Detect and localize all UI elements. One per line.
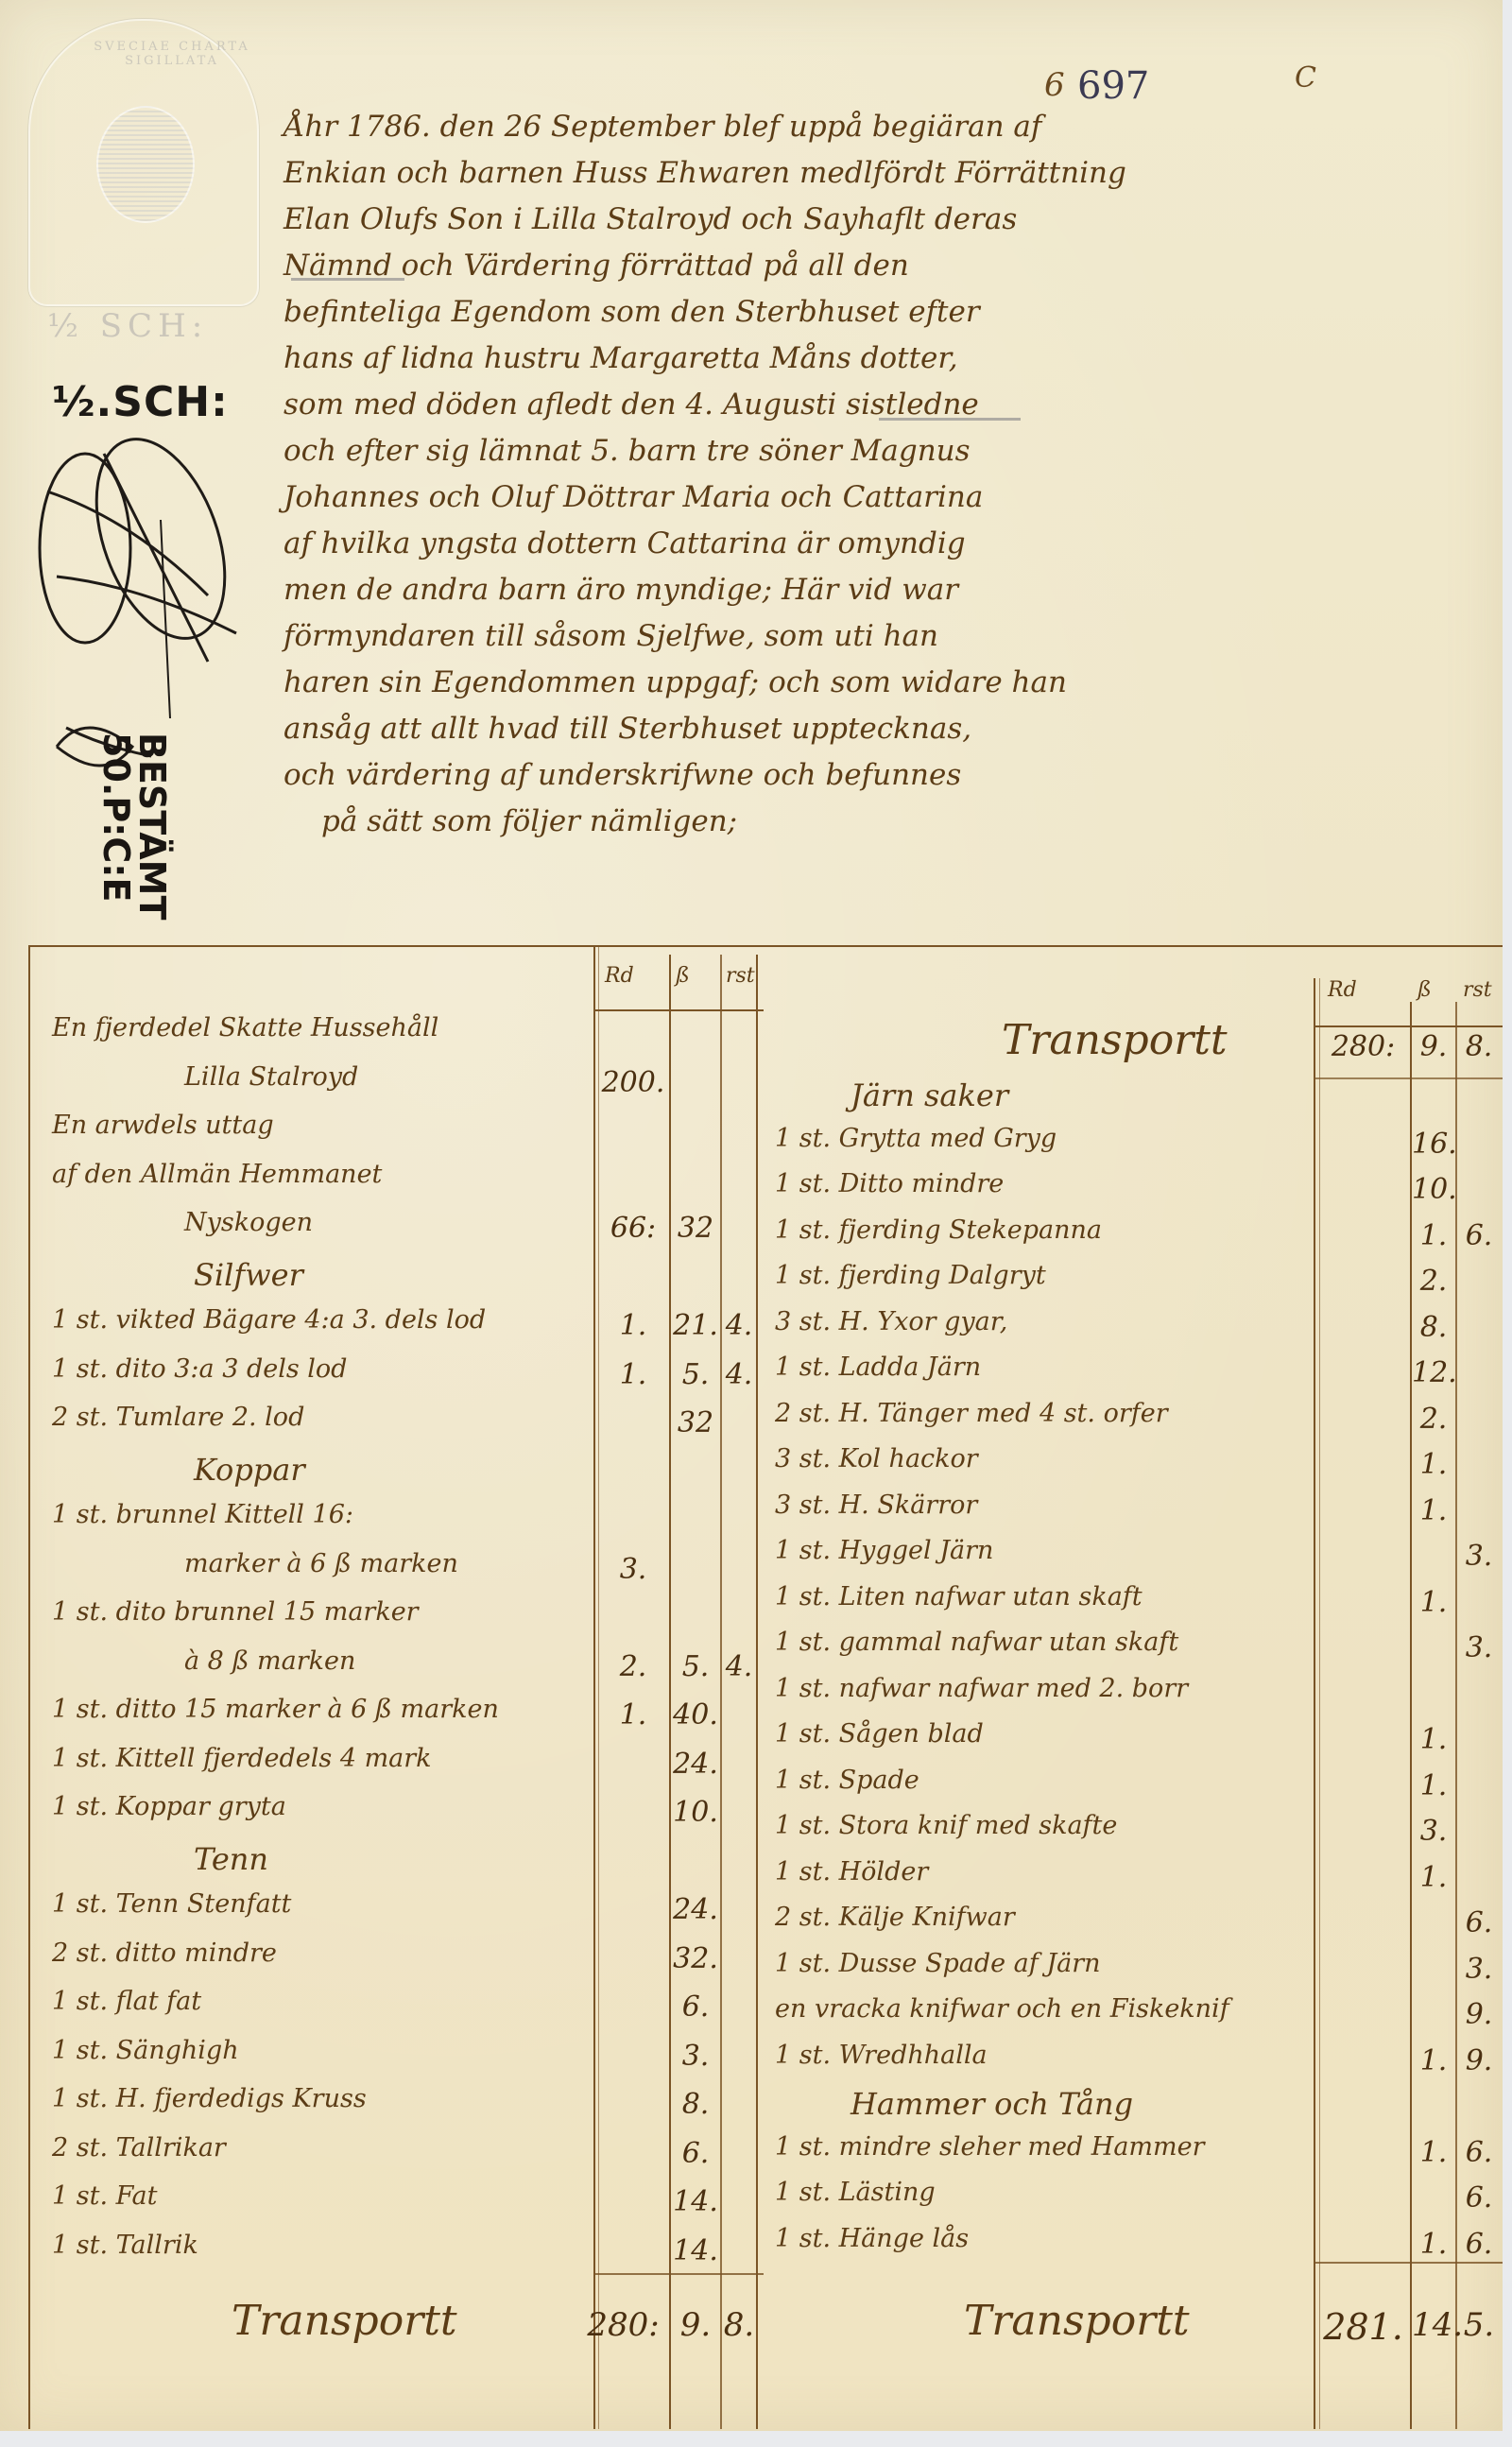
item-description: 1 st. Spade bbox=[775, 1766, 919, 1795]
amount-rst: 9. bbox=[1457, 1998, 1501, 2031]
narrative-line: som med döden afledt den 4. Augusti sist… bbox=[283, 382, 1493, 428]
item-description: 2 st. Kälje Knifwar bbox=[775, 1903, 1015, 1932]
table-row: 1 st. gammal nafwar utan skaft3. bbox=[0, 1628, 1512, 1671]
amount-sk: 1. bbox=[1412, 2136, 1455, 2169]
page-mark: C bbox=[1295, 61, 1316, 95]
item-description: 1 st. Ditto mindre bbox=[775, 1169, 1004, 1198]
amount-sk: 1. bbox=[1412, 1769, 1455, 1802]
header-rule bbox=[593, 1009, 764, 1011]
amount-rst: 3. bbox=[1457, 1631, 1501, 1664]
amount-rst: 9. bbox=[1457, 2044, 1501, 2077]
narrative-text: Åhr 1786. den 26 September blef uppå beg… bbox=[283, 104, 1493, 845]
item-description: en vracka knifwar och en Fiskeknif bbox=[775, 1994, 1229, 2024]
amount-sk: 1. bbox=[1412, 1219, 1455, 1252]
narrative-line: Åhr 1786. den 26 September blef uppå beg… bbox=[283, 104, 1493, 150]
narrative-line: hans af lidna hustru Margaretta Måns dot… bbox=[283, 336, 1493, 382]
transport-left-rst: 8. bbox=[720, 2306, 758, 2344]
page-number: 697 bbox=[1077, 64, 1149, 108]
transport-carried-label: Transportt bbox=[1002, 1016, 1228, 1064]
table-row: 1 st. Hänge lås1.6. bbox=[0, 2224, 1512, 2267]
amount-rst: 6. bbox=[1457, 1906, 1501, 1939]
name-underline bbox=[879, 418, 1021, 421]
table-row: 1 st. Spade1. bbox=[0, 1766, 1512, 1809]
document-page: SVECIAE CHARTA SIGILLATA ½ SCH: ½.SCH: B… bbox=[0, 0, 1503, 2431]
stamp-half-sch: ½.SCH: bbox=[52, 378, 229, 426]
amount-sk: 1. bbox=[1412, 1861, 1455, 1894]
name-underline bbox=[291, 278, 404, 281]
col-header-shilling: ß bbox=[1417, 978, 1432, 1002]
amount-sk: 16. bbox=[1412, 1128, 1455, 1161]
table-row: 2 st. H. Tänger med 4 st. orfer2. bbox=[0, 1399, 1512, 1442]
section-heading: Hammer och Tång bbox=[850, 2086, 1133, 2122]
amount-rst: 6. bbox=[1457, 2181, 1501, 2214]
bestamt-price-stamp: BESTÄMT 50.P:C:E bbox=[57, 732, 180, 1054]
col-header-shilling: ß bbox=[676, 964, 690, 988]
table-row: 1 st. Grytta med Gryg16. bbox=[0, 1124, 1512, 1167]
amount-rst: 6. bbox=[1457, 1219, 1501, 1252]
amount-sk: 1. bbox=[1412, 2044, 1455, 2077]
table-row: 1 st. Liten nafwar utan skaft1. bbox=[0, 1582, 1512, 1626]
item-description: 1 st. Grytta med Gryg bbox=[775, 1124, 1057, 1153]
amount-rst: 6. bbox=[1457, 2228, 1501, 2261]
narrative-line: Elan Olufs Son i Lilla Stalroyd och Sayh… bbox=[283, 197, 1493, 243]
narrative-line: haren sin Egendommen uppgaf; och som wid… bbox=[283, 660, 1493, 706]
signature-stamp-icon bbox=[19, 435, 265, 775]
amount-sk: 1. bbox=[1412, 1586, 1455, 1619]
narrative-line: af hvilka yngsta dottern Cattarina är om… bbox=[283, 521, 1493, 567]
transport-left-rd: 280: bbox=[578, 2306, 668, 2344]
item-description: 1 st. mindre sleher med Hammer bbox=[775, 2132, 1205, 2162]
table-row: 1 st. Hölder1. bbox=[0, 1857, 1512, 1901]
section-heading-row: Järn saker bbox=[0, 1077, 1512, 1121]
item-description: 1 st. fjerding Dalgryt bbox=[775, 1261, 1046, 1290]
transport-carried-sk: 9. bbox=[1412, 1030, 1455, 1063]
item-description: 3 st. H. Yxor gyar, bbox=[775, 1307, 1007, 1336]
amount-sk: 1. bbox=[1412, 1723, 1455, 1756]
col-header-riksdaler: Rd bbox=[1328, 978, 1357, 1002]
amount-sk: 8. bbox=[1412, 1311, 1455, 1344]
table-row: en vracka knifwar och en Fiskeknif9. bbox=[0, 1994, 1512, 2038]
narrative-line: Enkian och barnen Huss Ehwaren medlfördt… bbox=[283, 150, 1493, 197]
transport-left-label: Transportt bbox=[232, 2297, 457, 2345]
narrative-line: Johannes och Oluf Döttrar Maria och Catt… bbox=[283, 474, 1493, 521]
item-description: 3 st. Kol hackor bbox=[775, 1444, 978, 1473]
page-mark: 6 bbox=[1044, 66, 1065, 104]
amount-sk: 2. bbox=[1412, 1403, 1455, 1436]
table-row: 3 st. H. Skärror1. bbox=[0, 1491, 1512, 1534]
stamp-bestamt-text: BESTÄMT bbox=[134, 732, 170, 920]
table-row: 2 st. Kälje Knifwar6. bbox=[0, 1903, 1512, 1946]
table-row: 1 st. fjerding Dalgryt2. bbox=[0, 1261, 1512, 1304]
col-header-runstycken: rst bbox=[1463, 978, 1492, 1002]
table-row: 1 st. fjerding Stekepanna1.6. bbox=[0, 1215, 1512, 1259]
table-row: 1 st. Wredhhalla1.9. bbox=[0, 2041, 1512, 2084]
item-description: 2 st. H. Tänger med 4 st. orfer bbox=[775, 1399, 1168, 1428]
item-description: 3 st. H. Skärror bbox=[775, 1491, 977, 1520]
embossed-seal: SVECIAE CHARTA SIGILLATA bbox=[28, 19, 259, 306]
section-heading: Järn saker bbox=[850, 1077, 1008, 1113]
amount-sk: 2. bbox=[1412, 1265, 1455, 1298]
narrative-line: Nämnd och Värdering förrättad på all den bbox=[283, 243, 1493, 289]
stamp-price-text: 50.P:C:E bbox=[98, 732, 134, 920]
col-header-runstycken: rst bbox=[726, 964, 755, 988]
item-description: 1 st. Stora knif med skafte bbox=[775, 1811, 1117, 1840]
table-row: 3 st. Kol hackor1. bbox=[0, 1444, 1512, 1488]
item-description: 1 st. Liten nafwar utan skaft bbox=[775, 1582, 1143, 1611]
item-description: 1 st. fjerding Stekepanna bbox=[775, 1215, 1102, 1245]
table-row: 1 st. Stora knif med skafte3. bbox=[0, 1811, 1512, 1854]
amount-rst: 3. bbox=[1457, 1540, 1501, 1573]
amount-sk: 12. bbox=[1412, 1356, 1455, 1389]
table-row: 1 st. mindre sleher med Hammer1.6. bbox=[0, 2132, 1512, 2176]
amount-sk: 3. bbox=[1412, 1815, 1455, 1848]
item-description: 1 st. Hölder bbox=[775, 1857, 928, 1887]
amount-sk: 1. bbox=[1412, 1448, 1455, 1481]
page-number-value: 697 bbox=[1077, 64, 1149, 108]
item-description: 1 st. Ladda Järn bbox=[775, 1353, 981, 1382]
amount-rst: 3. bbox=[1457, 1953, 1501, 1986]
item-description: En fjerdedel Skatte Hussehåll bbox=[52, 1013, 438, 1043]
narrative-line: ansåg att allt hvad till Sterbhuset uppt… bbox=[283, 706, 1493, 752]
item-description: 1 st. Hyggel Järn bbox=[775, 1536, 993, 1565]
narrative-line: förmyndaren till såsom Sjelfwe, som uti … bbox=[283, 613, 1493, 660]
item-description: 1 st. Hänge lås bbox=[775, 2224, 969, 2253]
table-row: 1 st. Dusse Spade af Järn3. bbox=[0, 1949, 1512, 1992]
transport-left-sk: 9. bbox=[671, 2306, 720, 2344]
table-row: 3 st. H. Yxor gyar,8. bbox=[0, 1307, 1512, 1351]
seal-legend: SVECIAE CHARTA SIGILLATA bbox=[87, 40, 257, 68]
amount-sk: 1. bbox=[1412, 1494, 1455, 1527]
item-description: 1 st. Dusse Spade af Järn bbox=[775, 1949, 1101, 1978]
amount-sk: 10. bbox=[1412, 1173, 1455, 1206]
amount-rst: 6. bbox=[1457, 2136, 1501, 2169]
transport-carried-rst: 8. bbox=[1457, 1030, 1501, 1063]
table-row: 1 st. Ditto mindre10. bbox=[0, 1169, 1512, 1213]
narrative-line: och efter sig lämnat 5. barn tre söner M… bbox=[283, 428, 1493, 474]
transport-carried-rd: 280: bbox=[1318, 1030, 1408, 1063]
table-row: 1 st. nafwar nafwar med 2. borr bbox=[0, 1674, 1512, 1717]
table-row: En fjerdedel Skatte Hussehåll bbox=[0, 1013, 1512, 1057]
table-top-rule bbox=[28, 945, 1503, 947]
item-description: 1 st. Wredhhalla bbox=[775, 2041, 988, 2070]
item-description: 1 st. Sågen blad bbox=[775, 1719, 984, 1749]
section-heading-row: Hammer och Tång bbox=[0, 2086, 1512, 2129]
table-row: 1 st. Ladda Järn12. bbox=[0, 1353, 1512, 1396]
table-row: 1 st. Hyggel Järn3. bbox=[0, 1536, 1512, 1579]
item-description: 1 st. nafwar nafwar med 2. borr bbox=[775, 1674, 1188, 1703]
transport-right-rst: 5. bbox=[1457, 2306, 1501, 2344]
narrative-line: men de andra barn äro myndige; Här vid w… bbox=[283, 567, 1493, 613]
crown-emblem-icon bbox=[96, 106, 195, 223]
table-row: 1 st. Sågen blad1. bbox=[0, 1719, 1512, 1763]
item-description: 1 st. Lästing bbox=[775, 2178, 936, 2207]
transport-right-rd: 281. bbox=[1318, 2306, 1408, 2348]
table-row: 1 st. Lästing6. bbox=[0, 2178, 1512, 2221]
transport-right-label: Transportt bbox=[964, 2297, 1190, 2345]
item-description: 1 st. gammal nafwar utan skaft bbox=[775, 1628, 1178, 1657]
seal-value: ½ SCH: bbox=[47, 307, 208, 345]
narrative-line: befinteliga Egendom som den Sterbhuset e… bbox=[283, 289, 1493, 336]
transport-right-sk: 14. bbox=[1412, 2306, 1455, 2344]
amount-sk: 1. bbox=[1412, 2228, 1455, 2261]
col-header-riksdaler: Rd bbox=[605, 964, 634, 988]
narrative-line: på sätt som följer nämligen; bbox=[283, 799, 1493, 845]
narrative-line: och värdering af underskrifwne och befun… bbox=[283, 752, 1493, 799]
